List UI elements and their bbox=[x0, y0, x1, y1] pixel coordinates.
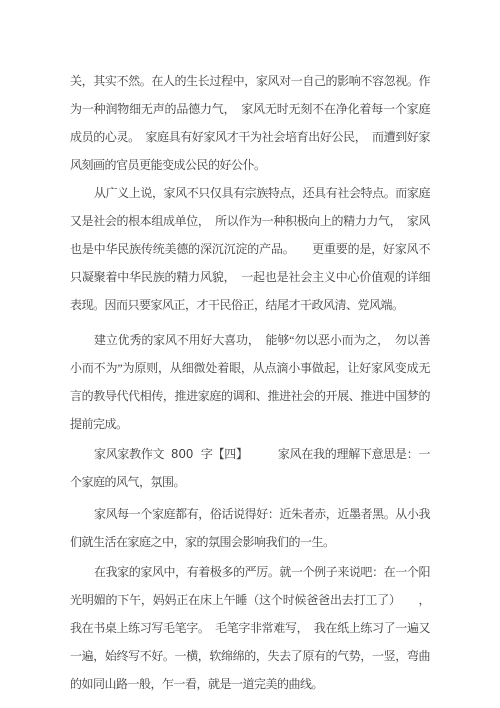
document-page: 关，其实不然。在人的生长过程中，家风对一自己的影响不容忽视。作为一种润物细无声的… bbox=[70, 67, 430, 698]
word-count: 800 bbox=[171, 447, 193, 461]
paragraph: 在我家的家风中，有着极多的严厉。就一个例子来说吧：在一个阳光明媚的下午，妈妈正在… bbox=[70, 558, 430, 698]
essay-title-suffix: 字【四】 bbox=[201, 447, 248, 461]
paragraph: 家风每一个家庭都有，俗话说得好：近朱者赤，近墨者黑。从小我们就生活在家庭之中，家… bbox=[70, 500, 430, 556]
paragraph: 关，其实不然。在人的生长过程中，家风对一自己的影响不容忽视。作为一种润物细无声的… bbox=[70, 67, 430, 179]
paragraph: 建立优秀的家风不用好大喜功， 能够“勿以恶小而为之， 勿以善小而不为”为原则，从… bbox=[70, 326, 430, 438]
paragraph: 从广义上说，家风不只仅具有宗族特点，还具有社会特点。而家庭又是社会的根本组成单位… bbox=[70, 179, 430, 319]
essay-title: 家风家教作文 bbox=[94, 447, 164, 461]
paragraph-essay-heading: 家风家教作文800字【四】家风在我的理解下意思是：一个家庭的风气，氛围。 bbox=[70, 440, 430, 496]
